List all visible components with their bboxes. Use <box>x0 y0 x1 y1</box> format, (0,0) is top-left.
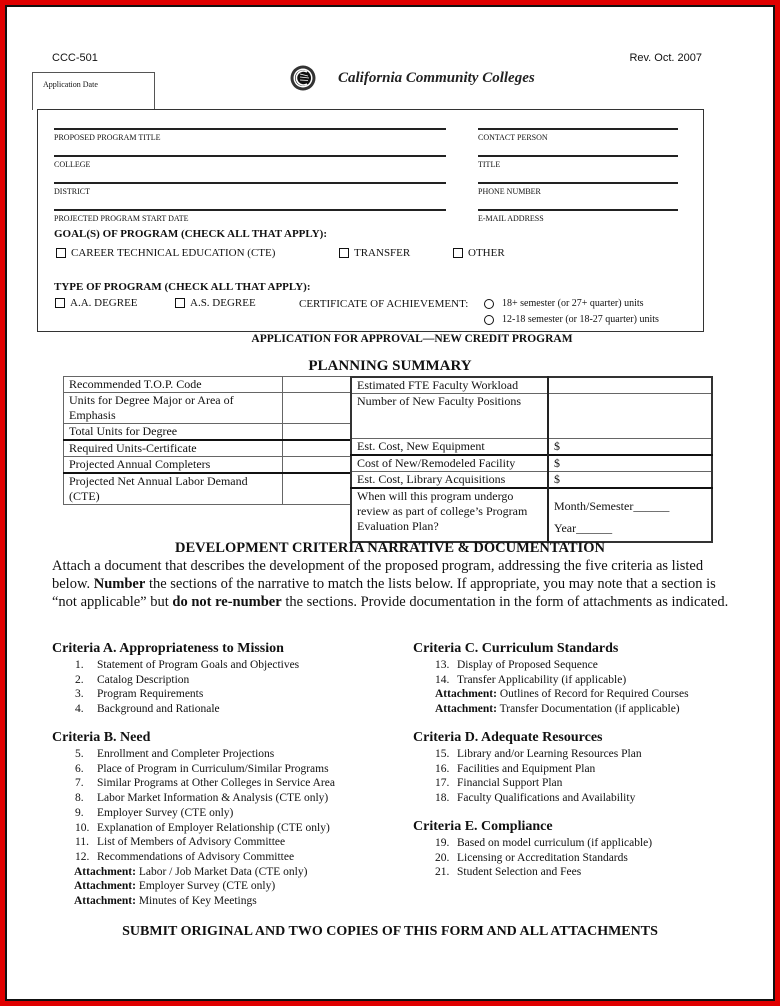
table-row: Units for Degree Major or Area of Emphas… <box>64 393 352 424</box>
radio-icon <box>484 315 494 325</box>
row-label: Est. Cost, New Equipment <box>351 439 548 456</box>
table-row: Cost of New/Remodeled Facility$ <box>351 455 712 472</box>
item-text: Faculty Qualifications and Availability <box>457 792 635 804</box>
list-item: 5.Enrollment and Completer Projections <box>75 747 335 762</box>
field-label: COLLEGE <box>54 160 446 169</box>
new-faculty-positions-input[interactable] <box>548 394 712 439</box>
table-row: Est. Cost, New Equipment$ <box>351 439 712 456</box>
table-row: Projected Annual Completers <box>64 457 352 474</box>
checkbox-icon <box>339 248 349 258</box>
item-number: 4. <box>75 702 97 717</box>
application-date-label: Application Date <box>43 80 98 89</box>
attachment-label: Attachment: <box>435 703 497 715</box>
brand-name: California Community Colleges <box>338 70 535 87</box>
labor-demand-input[interactable] <box>283 473 352 505</box>
item-text: Place of Program in Curriculum/Similar P… <box>97 763 329 775</box>
program-info-box: PROPOSED PROGRAM TITLE COLLEGE DISTRICT … <box>37 109 704 332</box>
list-item: 7.Similar Programs at Other Colleges in … <box>75 776 335 791</box>
item-text: Program Requirements <box>97 688 203 700</box>
radio-label: 12-18 semester (or 18-27 quarter) units <box>502 314 659 325</box>
list-item: 14.Transfer Applicability (if applicable… <box>435 673 689 688</box>
list-item: 3.Program Requirements <box>75 687 299 702</box>
row-label: Number of New Faculty Positions <box>351 394 548 439</box>
item-text: Facilities and Equipment Plan <box>457 763 595 775</box>
attachment-item: Attachment: Minutes of Key Meetings <box>74 894 335 909</box>
checkbox-label: OTHER <box>468 247 505 259</box>
criteria-e-list: 19.Based on model curriculum (if applica… <box>413 836 652 880</box>
top-code-input[interactable] <box>283 377 352 393</box>
table-row: Recommended T.O.P. Code <box>64 377 352 393</box>
criteria-c-list: 13.Display of Proposed Sequence 14.Trans… <box>413 658 689 717</box>
table-row: Total Units for Degree <box>64 424 352 441</box>
item-text: Display of Proposed Sequence <box>457 659 598 671</box>
criteria-b-attachments: Attachment: Labor / Job Market Data (CTE… <box>52 865 335 909</box>
item-text: Explanation of Employer Relationship (CT… <box>97 822 330 834</box>
table-row: Estimated FTE Faculty Workload <box>351 377 712 394</box>
attachment-label: Attachment: <box>74 895 136 907</box>
item-text: Enrollment and Completer Projections <box>97 748 274 760</box>
criteria-e-title: Criteria E. Compliance <box>413 819 652 835</box>
list-item: 21.Student Selection and Fees <box>435 865 652 880</box>
table-row: When will this program undergo review as… <box>351 488 712 542</box>
criteria-b-list: 5.Enrollment and Completer Projections 6… <box>52 747 335 865</box>
checkbox-label: A.A. DEGREE <box>70 297 138 309</box>
required-units-certificate-input[interactable] <box>283 440 352 457</box>
field-label: PHONE NUMBER <box>478 187 678 196</box>
list-item: 15.Library and/or Learning Resources Pla… <box>435 747 642 762</box>
row-label: Est. Cost, Library Acquisitions <box>351 472 548 489</box>
equipment-cost-input[interactable]: $ <box>548 439 712 456</box>
attachment-label: Attachment: <box>435 688 497 700</box>
field-label: CONTACT PERSON <box>478 133 678 142</box>
title-field[interactable]: TITLE <box>478 155 678 169</box>
list-item: 17.Financial Support Plan <box>435 776 642 791</box>
item-number: 3. <box>75 687 97 702</box>
criteria-a-section: Criteria A. Appropriateness to Mission 1… <box>52 641 299 717</box>
item-number: 20. <box>435 851 457 866</box>
item-text: Labor Market Information & Analysis (CTE… <box>97 792 328 804</box>
item-number: 2. <box>75 673 97 688</box>
row-label: Estimated FTE Faculty Workload <box>351 377 548 394</box>
list-item: 16.Facilities and Equipment Plan <box>435 762 642 777</box>
item-number: 19. <box>435 836 457 851</box>
goal-transfer-checkbox[interactable]: TRANSFER <box>339 247 410 259</box>
review-schedule-cell: Month/Semester______ Year______ <box>548 488 712 542</box>
item-text: Library and/or Learning Resources Plan <box>457 748 642 760</box>
row-label: Projected Annual Completers <box>64 457 283 474</box>
library-cost-input[interactable]: $ <box>548 472 712 489</box>
certificate-12to18-radio[interactable]: 12-18 semester (or 18-27 quarter) units <box>484 314 659 325</box>
attachment-label: Attachment: <box>74 866 136 878</box>
criteria-e-section: Criteria E. Compliance 19.Based on model… <box>413 819 652 880</box>
list-item: 1.Statement of Program Goals and Objecti… <box>75 658 299 673</box>
program-type-title: TYPE OF PROGRAM (CHECK ALL THAT APPLY): <box>54 281 311 293</box>
list-item: 13.Display of Proposed Sequence <box>435 658 689 673</box>
radio-icon <box>484 299 494 309</box>
field-label: PROPOSED PROGRAM TITLE <box>54 133 446 142</box>
checkbox-icon <box>175 298 185 308</box>
development-title: DEVELOPMENT CRITERIA NARRATIVE & DOCUMEN… <box>0 540 780 557</box>
planning-summary-title: PLANNING SUMMARY <box>0 358 780 375</box>
fte-workload-input[interactable] <box>548 377 712 394</box>
list-item: 8.Labor Market Information & Analysis (C… <box>75 791 335 806</box>
field-label: DISTRICT <box>54 187 446 196</box>
table-row: Projected Net Annual Labor Demand (CTE) <box>64 473 352 505</box>
list-item: 19.Based on model curriculum (if applica… <box>435 836 652 851</box>
table-row: Number of New Faculty Positions <box>351 394 712 439</box>
email-address-field[interactable]: E-MAIL ADDRESS <box>478 209 678 223</box>
item-number: 16. <box>435 762 457 777</box>
instructions-emphasis: do not re-number <box>172 594 281 610</box>
criteria-b-section: Criteria B. Need 5.Enrollment and Comple… <box>52 730 335 909</box>
application-title: APPLICATION FOR APPROVAL—NEW CREDIT PROG… <box>22 333 780 345</box>
attachment-text: Labor / Job Market Data (CTE only) <box>139 866 308 878</box>
review-year-field[interactable]: Year______ <box>554 521 706 536</box>
item-text: Recommendations of Advisory Committee <box>97 851 294 863</box>
item-number: 17. <box>435 776 457 791</box>
as-degree-checkbox[interactable]: A.S. DEGREE <box>175 297 256 309</box>
item-number: 14. <box>435 673 457 688</box>
checkbox-icon <box>56 248 66 258</box>
criteria-d-section: Criteria D. Adequate Resources 15.Librar… <box>413 730 642 806</box>
row-label: Units for Degree Major or Area of Emphas… <box>64 393 283 424</box>
row-label: Required Units-Certificate <box>64 440 283 457</box>
development-instructions: Attach a document that describes the dev… <box>52 557 732 611</box>
planning-summary-left-table: Recommended T.O.P. Code Units for Degree… <box>63 376 352 505</box>
checkbox-icon <box>55 298 65 308</box>
row-label: Cost of New/Remodeled Facility <box>351 455 548 472</box>
list-item: 2.Catalog Description <box>75 673 299 688</box>
criteria-b-title: Criteria B. Need <box>52 730 335 746</box>
list-item: 9.Employer Survey (CTE only) <box>75 806 335 821</box>
item-text: Based on model curriculum (if applicable… <box>457 837 652 849</box>
form-code: CCC-501 <box>52 52 98 64</box>
california-community-colleges-seal-icon <box>290 65 316 91</box>
checkbox-label: A.S. DEGREE <box>190 297 256 309</box>
item-text: Statement of Program Goals and Objective… <box>97 659 299 671</box>
instructions-emphasis: Number <box>94 576 146 592</box>
item-number: 5. <box>75 747 97 762</box>
item-number: 18. <box>435 791 457 806</box>
criteria-a-title: Criteria A. Appropriateness to Mission <box>52 641 299 657</box>
list-item: 18.Faculty Qualifications and Availabili… <box>435 791 642 806</box>
phone-number-field[interactable]: PHONE NUMBER <box>478 182 678 196</box>
criteria-d-title: Criteria D. Adequate Resources <box>413 730 642 746</box>
district-field[interactable]: DISTRICT <box>54 182 446 196</box>
item-number: 12. <box>75 850 97 865</box>
certificate-18plus-radio[interactable]: 18+ semester (or 27+ quarter) units <box>484 298 644 309</box>
goals-title: GOAL(S) OF PROGRAM (CHECK ALL THAT APPLY… <box>54 228 327 240</box>
table-row: Est. Cost, Library Acquisitions$ <box>351 472 712 489</box>
list-item: 4.Background and Rationale <box>75 702 299 717</box>
item-text: Background and Rationale <box>97 703 220 715</box>
row-label: Recommended T.O.P. Code <box>64 377 283 393</box>
aa-degree-checkbox[interactable]: A.A. DEGREE <box>55 297 138 309</box>
revision-date: Rev. Oct. 2007 <box>620 52 702 64</box>
attachment-text: Employer Survey (CTE only) <box>139 880 275 892</box>
list-item: 11.List of Members of Advisory Committee <box>75 835 335 850</box>
criteria-d-list: 15.Library and/or Learning Resources Pla… <box>413 747 642 806</box>
item-number: 9. <box>75 806 97 821</box>
checkbox-label: CAREER TECHNICAL EDUCATION (CTE) <box>71 247 275 259</box>
total-units-input[interactable] <box>283 424 352 441</box>
planning-summary-right-table: Estimated FTE Faculty Workload Number of… <box>350 376 713 543</box>
college-field[interactable]: COLLEGE <box>54 155 446 169</box>
attachment-label: Attachment: <box>74 880 136 892</box>
application-date-field[interactable]: Application Date <box>32 72 155 110</box>
attachment-item: Attachment: Outlines of Record for Requi… <box>435 687 689 702</box>
item-number: 15. <box>435 747 457 762</box>
attachment-item: Attachment: Labor / Job Market Data (CTE… <box>74 865 335 880</box>
item-number: 11. <box>75 835 97 850</box>
row-label: Total Units for Degree <box>64 424 283 441</box>
item-number: 8. <box>75 791 97 806</box>
item-number: 7. <box>75 776 97 791</box>
item-number: 1. <box>75 658 97 673</box>
projected-start-date-field[interactable]: PROJECTED PROGRAM START DATE <box>54 209 446 223</box>
attachment-item: Attachment: Employer Survey (CTE only) <box>74 879 335 894</box>
proposed-program-title-field[interactable]: PROPOSED PROGRAM TITLE <box>54 128 446 142</box>
item-number: 21. <box>435 865 457 880</box>
submission-note: SUBMIT ORIGINAL AND TWO COPIES OF THIS F… <box>0 924 780 940</box>
item-text: Licensing or Accreditation Standards <box>457 852 628 864</box>
checkbox-icon <box>453 248 463 258</box>
item-number: 10. <box>75 821 97 836</box>
units-degree-major-input[interactable] <box>283 393 352 424</box>
item-text: Similar Programs at Other Colleges in Se… <box>97 777 335 789</box>
row-label: Projected Net Annual Labor Demand (CTE) <box>64 473 283 505</box>
list-item: 6.Place of Program in Curriculum/Similar… <box>75 762 335 777</box>
item-number: 13. <box>435 658 457 673</box>
criteria-c-title: Criteria C. Curriculum Standards <box>413 641 689 657</box>
facility-cost-input[interactable]: $ <box>548 455 712 472</box>
item-text: List of Members of Advisory Committee <box>97 836 285 848</box>
checkbox-label: TRANSFER <box>354 247 410 259</box>
list-item: 20.Licensing or Accreditation Standards <box>435 851 652 866</box>
list-item: 10.Explanation of Employer Relationship … <box>75 821 335 836</box>
item-text: Financial Support Plan <box>457 777 562 789</box>
item-number: 6. <box>75 762 97 777</box>
radio-label: 18+ semester (or 27+ quarter) units <box>502 298 644 309</box>
attachment-text: Transfer Documentation (if applicable) <box>500 703 680 715</box>
attachment-item: Attachment: Transfer Documentation (if a… <box>435 702 689 717</box>
item-text: Catalog Description <box>97 674 189 686</box>
review-month-field[interactable]: Month/Semester______ <box>554 499 706 514</box>
attachment-text: Outlines of Record for Required Courses <box>500 688 689 700</box>
criteria-c-section: Criteria C. Curriculum Standards 13.Disp… <box>413 641 689 717</box>
list-item: 12.Recommendations of Advisory Committee <box>75 850 335 865</box>
goal-cte-checkbox[interactable]: CAREER TECHNICAL EDUCATION (CTE) <box>56 247 275 259</box>
item-text: Student Selection and Fees <box>457 866 581 878</box>
field-label: PROJECTED PROGRAM START DATE <box>54 214 446 223</box>
row-label: When will this program undergo review as… <box>351 488 548 542</box>
annual-completers-input[interactable] <box>283 457 352 474</box>
certificate-label: CERTIFICATE OF ACHIEVEMENT: <box>299 298 468 310</box>
goal-other-checkbox[interactable]: OTHER <box>453 247 505 259</box>
item-text: Employer Survey (CTE only) <box>97 807 233 819</box>
contact-person-field[interactable]: CONTACT PERSON <box>478 128 678 142</box>
criteria-a-list: 1.Statement of Program Goals and Objecti… <box>52 658 299 717</box>
attachment-text: Minutes of Key Meetings <box>139 895 257 907</box>
item-text: Transfer Applicability (if applicable) <box>457 674 626 686</box>
table-row: Required Units-Certificate <box>64 440 352 457</box>
field-label: E-MAIL ADDRESS <box>478 214 678 223</box>
instructions-text: the sections. Provide documentation in t… <box>282 594 729 610</box>
field-label: TITLE <box>478 160 678 169</box>
